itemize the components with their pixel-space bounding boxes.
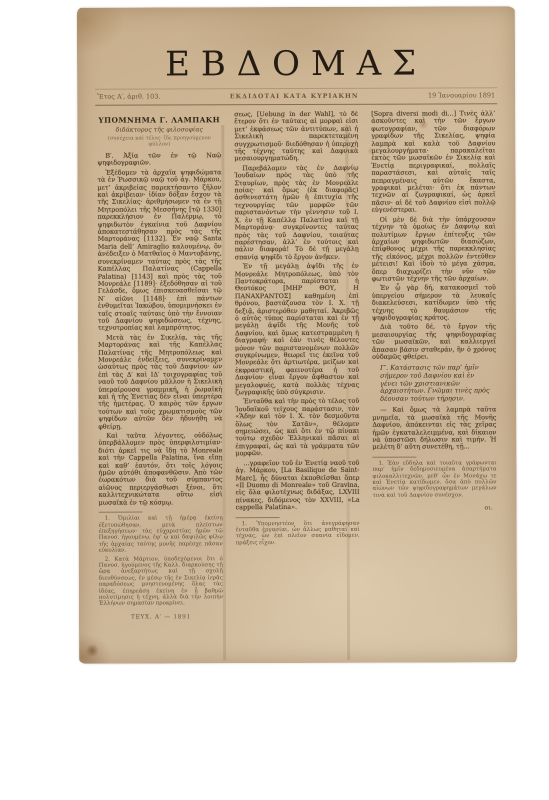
footnote: 1. Ὑπομνηστέον ὅτι ἀνεγράφησαν ἐνταῦθα ἐ… <box>236 520 360 546</box>
footnote: 1. Ὁμιλίαι καὶ τῇ ἡμέρᾳ ἐκείνῃ ἐξετυπώθη… <box>99 515 223 554</box>
footnote-separator <box>99 512 143 513</box>
column-middle: σεως, [Uebung in der Wahl], τὸ δὲ ἕτερον… <box>234 111 360 639</box>
article-columns: ΥΠΟΜΝΗΜΑ Γ. ΛΑΜΠΑΚΗ διδάκτορος τῆς φιλοσ… <box>97 110 497 639</box>
volume-year-line: ΤΕΥΧ. Α′ — 1891 <box>99 614 223 620</box>
article-subtitle: διδάκτορος τῆς φιλοσοφίας <box>97 126 221 133</box>
article-continuation-note: (συνέχεια καὶ τέλος· ἴδε προηγούμενον φύ… <box>97 135 221 147</box>
body-paragraph: [Sopra diversi modi di...] Τινὲς ἀλλ’ ἀσ… <box>371 110 495 214</box>
masthead-title: ΕΒΔΟΜΑΣ <box>77 46 515 82</box>
publication-frequency: ΕΚΔΙΔΟΤΑΙ ΚΑΤΑ ΚΥΡΙΑΚΗΝ <box>230 93 359 100</box>
body-paragraph: Ἐξέδομεν τὰ ἀρχαῖα ψηφιδώματα τὰ ἐν Ῥωσσ… <box>97 169 222 332</box>
article-header: ΥΠΟΜΝΗΜΑ Γ. ΛΑΜΠΑΚΗ διδάκτορος τῆς φιλοσ… <box>97 115 221 147</box>
body-paragraph: ...γραφεῖον τοῦ ἐν Ἑνετίᾳ ναοῦ τοῦ ἁγ. Μ… <box>235 459 359 511</box>
column-left: ΥΠΟΜΝΗΜΑ Γ. ΛΑΜΠΑΚΗ διδάκτορος τῆς φιλοσ… <box>97 111 223 639</box>
footnote-separator <box>372 456 416 457</box>
body-paragraph: Ἐν ᾧ γὰρ δή, κατακοσμεῖ τοῦ ὑπεργείου σή… <box>372 285 496 322</box>
body-paragraph: Διὰ τοῦτο δέ, τὸ ἔργον τῆς μεσαιουργίας … <box>372 324 496 361</box>
body-paragraph: Ἐν τῇ μεγάλῃ ἀψῖδι τῆς ἐν Μονρεάλε Μητρο… <box>235 263 359 397</box>
section-heading: Γ′. Κατάστασις τῶν παρ’ ἡμῖν σήμερον τοῦ… <box>380 365 492 403</box>
body-paragraph: Μετὰ τὰς ἐν Σικελίᾳ, τὰς τῆς Μαρτοράνας … <box>98 334 222 431</box>
footnote-separator <box>236 517 280 518</box>
body-paragraph: Καὶ ταῦτα λέγοντες, οὐδόλως ὑπερβάλλομεν… <box>98 432 222 506</box>
article-title: ΥΠΟΜΝΗΜΑ Γ. ΛΑΜΠΑΚΗ <box>97 115 221 124</box>
body-paragraph: Οἱ μὲν δὲ διὰ τὴν ὑπάρχουσαν τέχνην τὰ ὁ… <box>372 216 496 283</box>
column-right: [Sopra diversi modi di...] Τινὲς ἀλλ’ ἀσ… <box>371 110 497 638</box>
body-paragraph: — Καὶ ὅμως τὰ λαμπρὰ ταῦτα μνημεῖα, τὰ μ… <box>372 407 496 452</box>
issue-date: 19 Ἰανουαρίου 1891 <box>428 91 495 99</box>
body-paragraph: Ἐνταῦθα καὶ τὴν πρὸς τὸ τέλος τοῦ Ἰουδαϊ… <box>235 398 359 458</box>
issue-number: Ἔτος Α′, ἀριθ. 103. <box>97 92 160 100</box>
footnote: 1. Ἐὰν εὔδηλα καὶ τοιαῦτα γράφωνται παρ’… <box>372 460 496 499</box>
footnote: 2. Κατὰ Μάρτιον, ὑποδεχόμενοι ὅτι ὁ Πανο… <box>99 556 223 608</box>
column-signature: οι. <box>373 505 497 512</box>
body-paragraph: Β′. Ἀξία τῶν ἐν τῷ Ναῷ ψηφιδογραφιῶν. <box>97 152 221 167</box>
body-paragraph: Παρεβάλομεν τὰς ἐν Δαφνίῳ Ἰουδαίων πρὸς … <box>234 165 358 262</box>
dateline: Ἔτος Α′, ἀριθ. 103. ΕΚΔΙΔΟΤΑΙ ΚΑΤΑ ΚΥΡΙΑ… <box>95 87 497 105</box>
newspaper-page: ΕΒΔΟΜΑΣ Ἔτος Α′, ἀριθ. 103. ΕΚΔΙΔΟΤΑΙ ΚΑ… <box>77 6 517 664</box>
body-paragraph: σεως, [Uebung in der Wahl], τὸ δὲ ἕτερον… <box>234 111 358 163</box>
